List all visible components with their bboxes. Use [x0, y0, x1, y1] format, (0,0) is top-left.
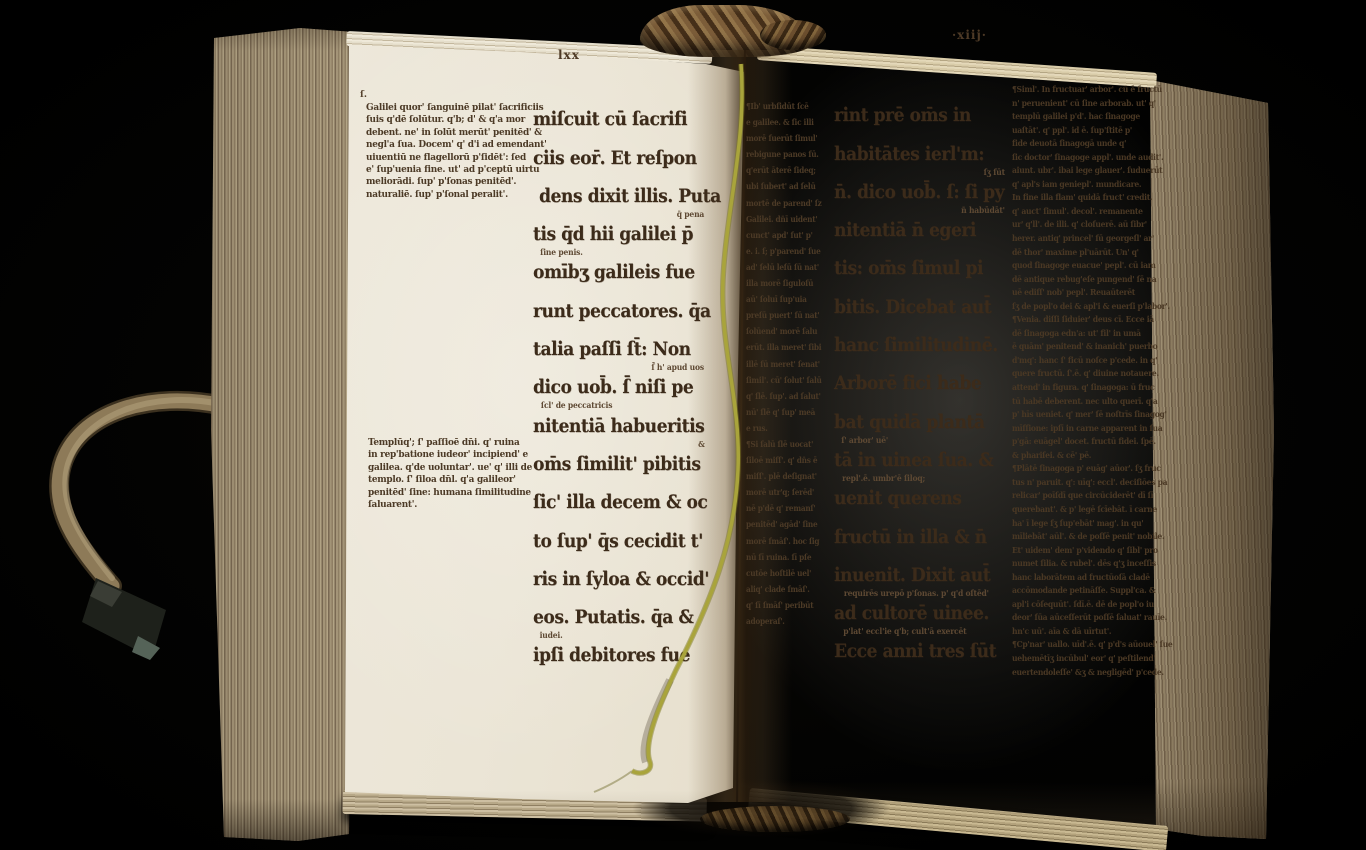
scripture-line: tis: om̄s ſimul pi — [834, 241, 1010, 279]
gloss-line: accōmodande petināſſe. Suppl'ca. & — [1012, 585, 1147, 599]
gloss-line: attend' in figura. q' ſinagoga: ū fruc — [1012, 382, 1147, 396]
scripture-text: habitātes ierl'm: — [834, 143, 984, 165]
gloss-line: p' hīs ueniet. q' mer' ſē noſtrīs ſinago… — [1012, 409, 1147, 423]
interlinear-gloss: n̄ habūdāt' — [961, 205, 1005, 215]
ribbon-tail-wisp — [594, 771, 632, 792]
gloss-line: herer. antiq' princel' ſū georgeſl' ar' — [1012, 233, 1147, 247]
scripture-line: repl'.ē. umbr'ē ſiloq;uenit querens — [834, 471, 1010, 509]
interlinear-gloss: ſ' arbor' uē' — [841, 435, 888, 445]
scripture-line: rint prē om̄s in — [834, 88, 1010, 126]
scripture-text: tā in uinea ſua. & — [834, 449, 993, 471]
scripture-text: ad cultorē uinee. — [834, 602, 989, 624]
gloss-line: mīſſione: ipſī in carne apparent in ſua — [1012, 423, 1147, 437]
gloss-line: mīliebāt' aūl'. & de poſſē penit' nobile… — [1012, 531, 1147, 545]
scripture-text: uenit querens — [834, 487, 961, 509]
gloss-line: tus n' paruit. q': uīq': eccl'. deciſiōe… — [1012, 477, 1147, 491]
gloss-line: quod ſinagoge euacue' pepl'. cū iam — [1012, 260, 1147, 274]
interlinear-gloss: ſʒ ſūt — [984, 167, 1005, 177]
scripture-line: requirēs urepō p'ſonas. p' q'd oſtēd'ad … — [834, 586, 1010, 624]
gloss-line: euertendoleſſe' &ʒ & negligēd' p'cede. — [1012, 667, 1147, 681]
gloss-line: ¶Siml'. In fructuar' arbor'. cū ē fructū — [1012, 84, 1147, 98]
scripture-line: n̄ habūdāt'nitentiā n̄ egeri — [834, 203, 1010, 241]
gloss-line: In fine illa flam' quidā fruct' credit. — [1012, 192, 1147, 206]
gloss-line: ſaluarent'. — [368, 499, 535, 511]
gloss-line: n' peruenient' cū ſine arborab. ut' q' — [1012, 98, 1147, 112]
gloss-line: uehemētīʒ incūbul' eor' q' peſtilend' — [1012, 653, 1147, 667]
interlinear-gloss: p'lat' eccl'ie q'b; cult'ā exercēt — [843, 626, 966, 636]
gloss-line: meliorādi. ſup' p'ſonas penitēd'. — [366, 176, 528, 188]
margin-signe: ſ. — [360, 90, 367, 100]
ribbon-under — [632, 64, 742, 773]
folio-number-right: ·xiij· — [952, 28, 987, 42]
scripture-text: nitentiā n̄ egeri — [834, 219, 976, 241]
gloss-line: q' auct' ſimul'. decol'. remanente — [1012, 206, 1147, 220]
scripture-line: bitis. Dicebat aut̄ — [834, 279, 1010, 317]
gloss-line: ſʒ de popl'o dei & apl'i & euerſi p'labo… — [1012, 301, 1147, 315]
gloss-line: Et' uidem' dem' p'videndo q' ſibl' pro — [1012, 545, 1147, 559]
interlinear-gloss: requirēs urepō p'ſonas. p' q'd oſtēd' — [844, 588, 989, 598]
gloss-line: q' apl's iam geniepl'. mundicare. — [1012, 179, 1147, 193]
gloss-line: uiuentiū ne flagellorū p'ſidēt': ſed — [366, 152, 528, 164]
gloss-line: in rep'batione iudeor' incipiend' e — [368, 449, 535, 461]
gloss-line: numet ſilia. & rubel'. dēs q'ʒ inceſſis — [1012, 558, 1147, 572]
gloss-line: ¶Venia. diſſi ſiduier' deus cī. Ecce iā — [1012, 314, 1147, 328]
gloss-line: ha' ī lege ſʒ ſup'ebāt' mag'. in qu' — [1012, 518, 1147, 532]
scripture-line: Arborē fici habe — [834, 356, 1010, 394]
gloss-line: aiunt. ubr'. ibai lege glauer'. ſuduerūt — [1012, 165, 1147, 179]
scripture-text: fructū in illa & n̄ — [834, 526, 987, 548]
scripture-column-right: rint prē om̄s inhabitātes ierl'm:ſʒ ſūtn… — [834, 88, 1010, 662]
scripture-line: inuenit. Dixit aut̄ — [834, 548, 1010, 586]
margin-gloss-block-1: Galilei quor' ſanguinē pilat' ſacrificii… — [366, 102, 538, 201]
gloss-line: templū galilei p'd'. hac ſinagoge — [1012, 111, 1147, 125]
interlinear-gloss: repl'.ē. umbr'ē ſiloq; — [842, 473, 925, 483]
gloss-line: d'mq': hanc ſ' ficū noſce p'cede. in q' — [1012, 355, 1147, 369]
gloss-line: ¶Plātē ſinagoga p' euāg' aūor'. ſʒ fruc — [1012, 463, 1147, 477]
scripture-text: tis: om̄s ſimul pi — [834, 257, 983, 279]
gloss-line: Templūq'; ſ' paſſioē dn̄i. q' ruina — [368, 437, 535, 449]
gloss-line: quere fructū. ſ'.ē. q' diuine notauere. — [1012, 368, 1147, 382]
gloss-line: debent. ne' in ſolūt merūt' penitēd' & — [366, 127, 528, 139]
gloss-line: ur' q'll'. de illi. q' cloſuerē. aū ſibr… — [1012, 219, 1147, 233]
scripture-text: Ecce anni tres ſūt — [834, 640, 996, 662]
scripture-text: bat quidā plantā — [834, 411, 985, 433]
gloss-line: Galilei quor' ſanguinē pilat' ſacrificii… — [366, 102, 528, 114]
gloss-line: negl'a ſua. Docem' q' d'i ad emendant' — [366, 139, 528, 151]
gloss-line: dē thor' maxime pl'uārūt. Un' q' — [1012, 247, 1147, 261]
gloss-line: ſic doctor' ſinagoge appl'. unde audit'. — [1012, 152, 1147, 166]
scripture-text: inuenit. Dixit aut̄ — [834, 564, 990, 586]
scripture-text: hanc ſimilitudinē. — [834, 334, 998, 356]
clasp-strap-leather — [59, 401, 224, 586]
scripture-text: bitis. Dicebat aut̄ — [834, 296, 991, 318]
gloss-line: fide deuotā ſinagogā unde q' — [1012, 138, 1147, 152]
gloss-line: p'gā: euāgel' docet. fructū fidei. ſpē. — [1012, 436, 1147, 450]
gloss-line: deor' ſūa aūceſſerūt poſſē ſaluat' rauīe… — [1012, 612, 1147, 626]
scripture-line: bat quidā plantā — [834, 394, 1010, 432]
scripture-line: p'lat' eccl'ie q'b; cult'ā exercētEcce a… — [834, 624, 1010, 662]
gloss-line: hanc laborātem ad fructūoſā cladē — [1012, 572, 1147, 586]
scripture-line: habitātes ierl'm: — [834, 126, 1010, 164]
manuscript-photograph: lxx ſ. Galilei quor' ſanguinē pilat' ſac… — [0, 0, 1366, 850]
gloss-line: uaſtāt'. q' ppl'. id ē. ſup'ſtitē p' — [1012, 125, 1147, 139]
gloss-line: galilea. q'de uoluntar'. ue' q' illi de — [368, 462, 535, 474]
scripture-line: ſʒ ſūtn̄. dico uob̄. ſ: ſi py — [834, 165, 1010, 203]
bookmark-ribbon — [560, 40, 800, 820]
gloss-line: hn'c uū'. aīa & dā uīrtut'. — [1012, 626, 1147, 640]
gloss-line: dē ſinagoga edn'a: ut' fil' in umā — [1012, 328, 1147, 342]
outer-gloss-column: ¶Siml'. In fructuar' arbor'. cū ē fructū… — [1012, 84, 1162, 680]
margin-gloss-block-2: Templūq'; ſ' paſſioē dn̄i. q' ruinain re… — [368, 437, 546, 511]
gloss-line: ¶Cp'nar' uallo. uīd'.ē. q' p'd's aūouel'… — [1012, 639, 1147, 653]
ribbon-cord — [632, 64, 742, 773]
scripture-text: rint prē om̄s in — [834, 104, 971, 126]
gloss-line: penitēd' ſine: humana ſimilitudine — [368, 487, 535, 499]
gloss-line: apl'i cōſequūt'. ſdī.ē. dē de popl'o iu — [1012, 599, 1147, 613]
scripture-line: ſ' arbor' uē'tā in uinea ſua. & — [834, 433, 1010, 471]
scripture-line: hanc ſimilitudinē. — [834, 318, 1010, 356]
gloss-line: relicar' poīſdī que circūciderēt' dī ſī — [1012, 490, 1147, 504]
gloss-line: tū habē deberent. nec ulto querī. q'a — [1012, 396, 1147, 410]
scripture-text: Arborē fici habe — [834, 372, 981, 394]
gloss-line: templo. ſ' ſiloa dn̄l. q'a galileor' — [368, 474, 535, 486]
scripture-line: fructū in illa & n̄ — [834, 509, 1010, 547]
gloss-line: ſuis q'dē ſolūtur. q'b; d' & q'a mor — [366, 114, 528, 126]
gloss-line: uē ediſſ' nob' pepl'. Reuaūterēt — [1012, 287, 1147, 301]
gloss-line: & phariſei. & cē' pē. — [1012, 450, 1147, 464]
gloss-line: e' ſup'uenia fine. ut' ad p'ceptū uirtu — [366, 164, 528, 176]
gloss-line: querebant'. & p' legē ſcīebāt. ī carne — [1012, 504, 1147, 518]
gloss-line: ē quām' penitend' & inanich' puerbo — [1012, 341, 1147, 355]
gloss-line: dē antique rebug'eſe pungend' ſē na — [1012, 274, 1147, 288]
gloss-line: naturaliē. ſup' p'ſonal peralit'. — [366, 189, 528, 201]
scripture-text: n̄. dico uob̄. ſ: ſi py — [834, 181, 1004, 203]
